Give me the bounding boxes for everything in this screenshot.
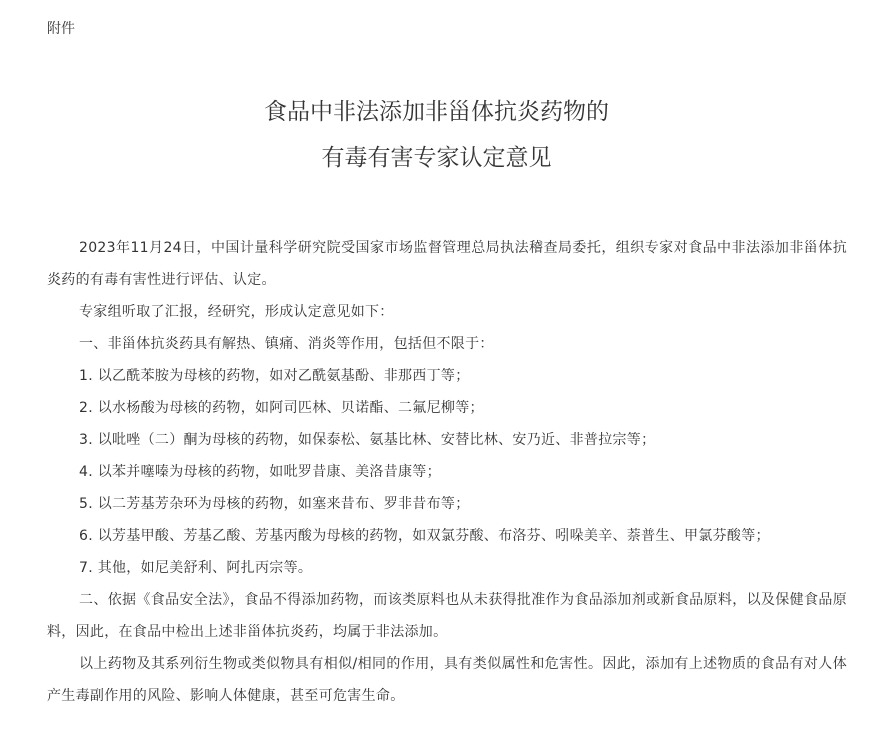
list-item-3: 3. 以吡唑（二）酮为母核的药物，如保泰松、氨基比林、安替比林、安乃近、非普拉宗… <box>47 424 847 456</box>
list-item-4: 4. 以苯并噻嗪为母核的药物，如吡罗昔康、美洛昔康等； <box>47 456 847 488</box>
list-item-2: 2. 以水杨酸为母核的药物，如阿司匹林、贝诺酯、二氟尼柳等； <box>47 392 847 424</box>
list-item-1: 1. 以乙酰苯胺为母核的药物，如对乙酰氨基酚、非那西丁等； <box>47 360 847 392</box>
paragraph-intro: 2023年11月24日，中国计量科学研究院受国家市场监督管理总局执法稽查局委托，… <box>47 232 847 296</box>
list-item-5: 5. 以二芳基芳杂环为母核的药物，如塞来昔布、罗非昔布等； <box>47 488 847 520</box>
document-body: 2023年11月24日，中国计量科学研究院受国家市场监督管理总局执法稽查局委托，… <box>47 232 847 712</box>
list-item-7: 7. 其他，如尼美舒利、阿扎丙宗等。 <box>47 552 847 584</box>
paragraph-section-two: 二、依据《食品安全法》，食品不得添加药物，而该类原料也从未获得批准作为食品添加剂… <box>47 584 847 648</box>
attachment-label: 附件 <box>47 19 75 39</box>
document-title-line-2: 有毒有害专家认定意见 <box>0 143 873 173</box>
paragraph-conclusion: 以上药物及其系列衍生物或类似物具有相似/相同的作用，具有类似属性和危害性。因此，… <box>47 648 847 712</box>
list-item-6: 6. 以芳基甲酸、芳基乙酸、芳基丙酸为母核的药物，如双氯芬酸、布洛芬、吲哚美辛、… <box>47 520 847 552</box>
paragraph-opinion-lead: 专家组听取了汇报，经研究，形成认定意见如下： <box>47 296 847 328</box>
paragraph-section-one: 一、非甾体抗炎药具有解热、镇痛、消炎等作用，包括但不限于： <box>47 328 847 360</box>
document-title-line-1: 食品中非法添加非甾体抗炎药物的 <box>0 97 873 127</box>
